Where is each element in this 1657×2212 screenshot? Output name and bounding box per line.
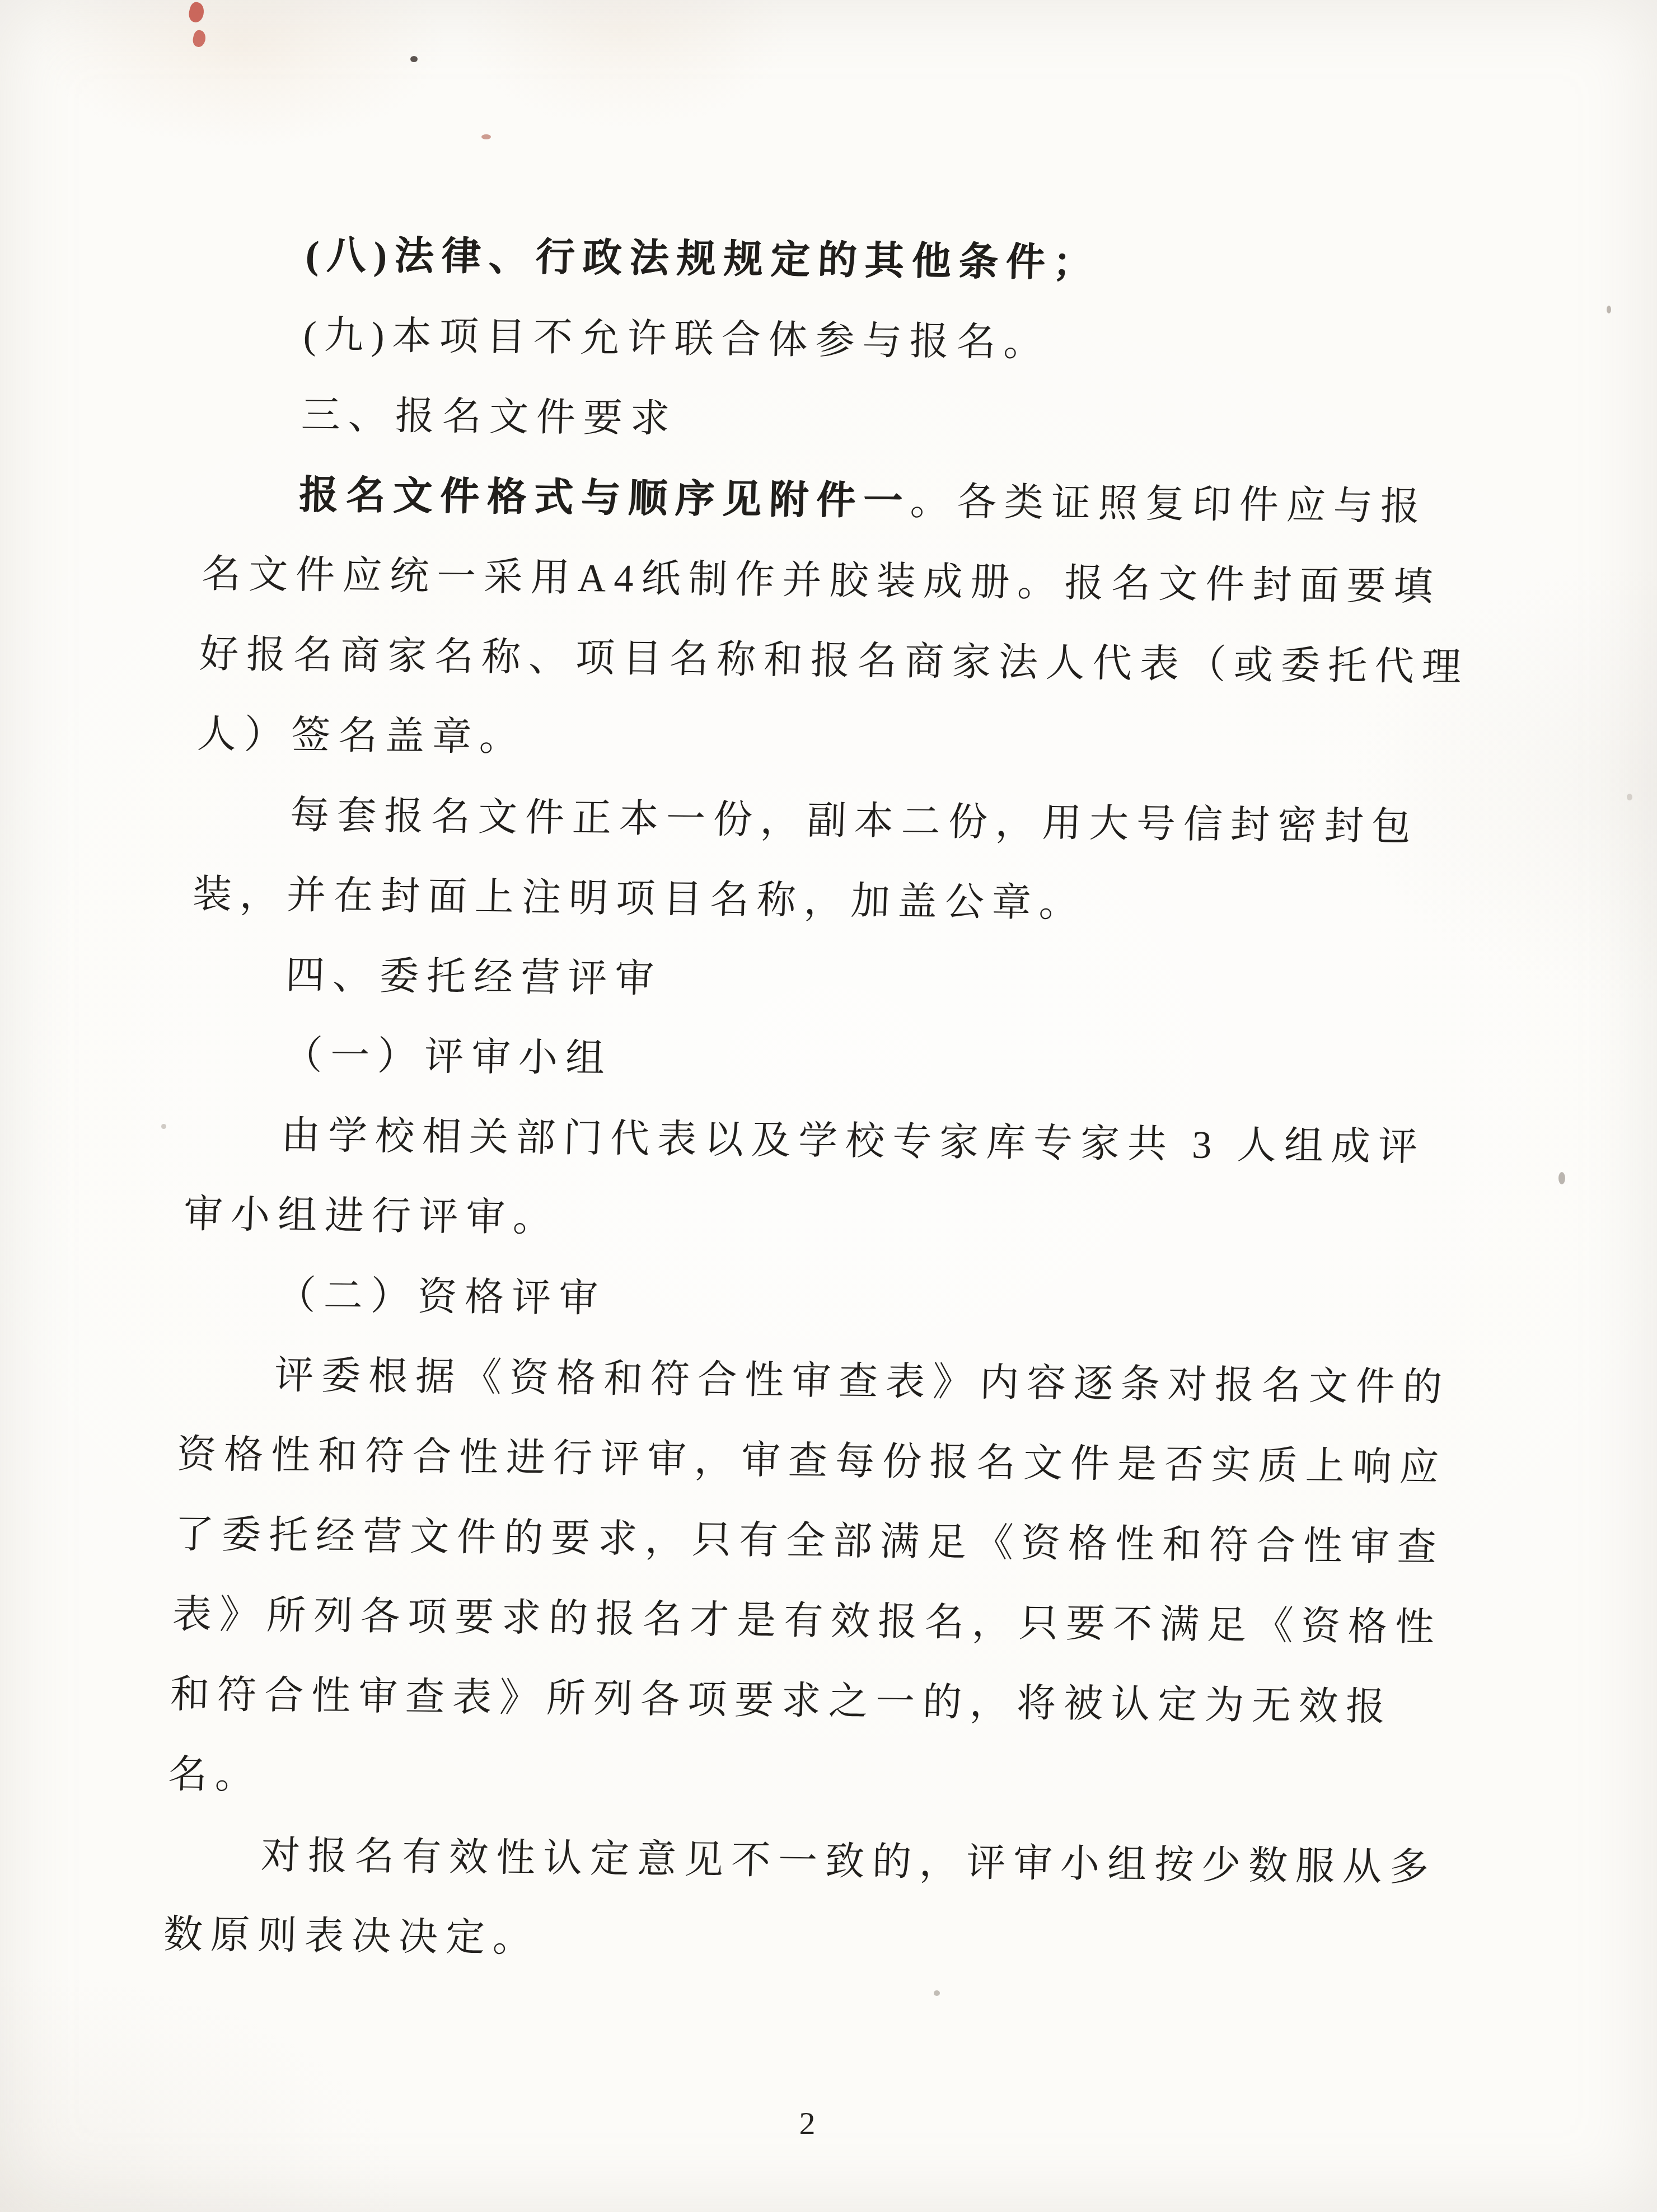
scan-speck: [410, 56, 418, 62]
text-line: 审小组进行评审。: [182, 1175, 1455, 1268]
text-line: 资格性和符合性进行评审，审查每份报名文件是否实质上响应: [176, 1414, 1449, 1508]
text-segment: (八)法律、行政法规规定的其他条件；: [305, 234, 1101, 285]
scan-speck: [934, 1990, 940, 1996]
text-line: 四、委托经营评审: [189, 935, 1462, 1028]
red-ink-mark: [188, 1, 206, 24]
scan-speck: [481, 134, 491, 139]
text-segment: 评委根据《资格和符合性审查表》内容逐条对报名文件的: [274, 1354, 1450, 1409]
scan-speck: [161, 1124, 166, 1129]
text-segment: 由学校相关部门代表以及学校专家库专家共 3 人组成评: [280, 1114, 1426, 1169]
text-segment: 人）签名盖章。: [196, 713, 527, 760]
text-segment: 好报名商家名称、项目名称和报名商家法人代表（或委托代理: [199, 633, 1469, 690]
text-line: 三、报名文件要求: [205, 374, 1478, 468]
text-segment: 对报名有效性认定意见不一致的，评审小组按少数服从多: [260, 1834, 1437, 1890]
text-segment: 报名文件格式与顺序见附件一: [298, 474, 911, 523]
document-text-block: (八)法律、行政法规规定的其他条件；(九)本项目不允许联合体参与报名。三、报名文…: [162, 214, 1482, 1988]
text-line: （二）资格评审: [180, 1255, 1453, 1348]
text-segment: 名文件应统一采用A4纸制作并胶装成册。报名文件封面要填: [201, 553, 1441, 609]
scanned-document-page: (八)法律、行政法规规定的其他条件；(九)本项目不允许联合体参与报名。三、报名文…: [0, 0, 1657, 2212]
text-line: 由学校相关部门代表以及学校专家库专家共 3 人组成评: [185, 1095, 1458, 1188]
text-line: 评委根据《资格和符合性审查表》内容逐条对报名文件的: [178, 1335, 1451, 1428]
text-line: 报名文件格式与顺序见附件一。各类证照复印件应与报: [203, 454, 1476, 548]
text-segment: 。各类证照复印件应与报: [910, 480, 1428, 529]
text-line: (八)法律、行政法规规定的其他条件；: [209, 214, 1482, 308]
text-line: 和符合性审查表》所列各项要求之一的，将被认定为无效报: [169, 1655, 1442, 1748]
text-line: 表》所列各项要求的报名才是有效报名，只要不满足《资格性: [171, 1574, 1444, 1668]
text-line: 数原则表决决定。: [162, 1895, 1435, 1988]
text-segment: 名。: [167, 1753, 263, 1797]
text-segment: 审小组进行评审。: [183, 1193, 560, 1240]
text-segment: 了委托经营文件的要求，只有全部满足《资格性和符合性审查: [174, 1513, 1445, 1569]
text-segment: 表》所列各项要求的报名才是有效报名，只要不满足《资格性: [172, 1593, 1443, 1649]
text-segment: （二）资格评审: [276, 1274, 606, 1320]
text-segment: （一）评审小组: [283, 1034, 613, 1080]
scan-speck: [1558, 1172, 1565, 1184]
text-line: 人）签名盖章。: [196, 695, 1469, 788]
scan-speck: [1607, 306, 1611, 313]
text-segment: 数原则表决决定。: [163, 1913, 540, 1960]
text-line: （一）评审小组: [187, 1015, 1460, 1108]
text-line: 对报名有效性认定意见不一致的，评审小组按少数服从多: [165, 1815, 1438, 1908]
text-line: 好报名商家名称、项目名称和报名商家法人代表（或委托代理: [198, 615, 1471, 708]
text-segment: 四、委托经营评审: [285, 954, 662, 1001]
text-line: (九)本项目不允许联合体参与报名。: [207, 294, 1480, 388]
text-line: 了委托经营文件的要求，只有全部满足《资格性和符合性审查: [174, 1494, 1447, 1588]
text-segment: 每套报名文件正本一份，副本二份，用大号信封密封包: [289, 794, 1419, 849]
page-number: 2: [779, 2105, 835, 2142]
scan-speck: [1627, 794, 1632, 800]
text-line: 名文件应统一采用A4纸制作并胶装成册。报名文件封面要填: [200, 535, 1473, 628]
text-segment: 三、报名文件要求: [301, 394, 678, 441]
text-line: 每套报名文件正本一份，副本二份，用大号信封密封包: [194, 775, 1467, 868]
red-ink-mark: [191, 29, 207, 48]
text-segment: 资格性和符合性进行评审，审查每份报名文件是否实质上响应: [176, 1433, 1447, 1489]
text-segment: (九)本项目不允许联合体参与报名。: [303, 314, 1051, 365]
text-line: 名。: [167, 1735, 1440, 1828]
text-segment: 和符合性审查表》所列各项要求之一的，将被认定为无效报: [170, 1673, 1393, 1729]
text-segment: 装，并在封面上注明项目名称，加盖公章。: [192, 873, 1087, 926]
text-line: 装，并在封面上注明项目名称，加盖公章。: [191, 855, 1464, 948]
